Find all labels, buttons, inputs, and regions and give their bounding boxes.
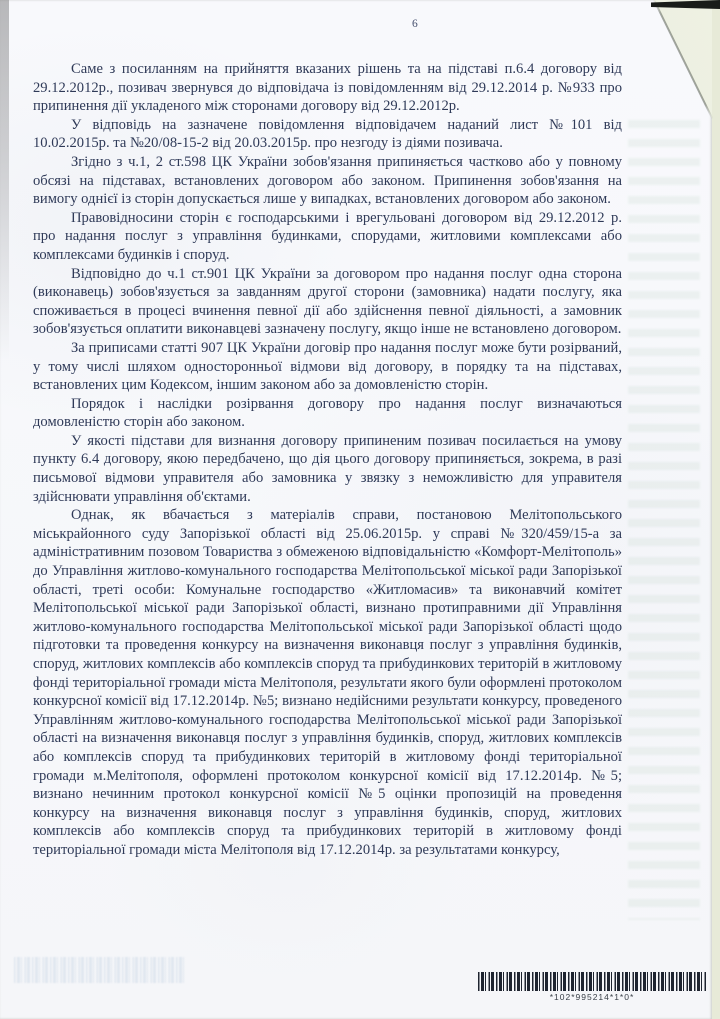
paragraph-art-598: Згідно з ч.1, 2 ст.598 ЦК України зобов'… xyxy=(33,153,622,209)
barcode-bars-icon xyxy=(478,972,706,991)
barcode-text: *102*995214*1*0* xyxy=(478,992,706,1002)
paragraph-legal-relations: Правовідносини сторін є господарськими і… xyxy=(33,209,622,265)
scan-edge-artifact-left xyxy=(0,0,9,360)
reverse-side-bleedthrough xyxy=(628,120,700,920)
paragraph-court-resolution: Однак, як вбачається з матеріалів справи… xyxy=(33,506,622,859)
paragraph-termination-order: Порядок і наслідки розірвання договору п… xyxy=(33,395,622,432)
document-body: Саме з посиланням на прийняття вказаних … xyxy=(33,60,622,860)
paragraph-clause-6-4: У якості підстави для визнання договору … xyxy=(33,432,622,506)
page-number: 6 xyxy=(412,18,418,30)
paragraph-reply-letters: У відповідь на зазначене повідомлення ві… xyxy=(33,116,622,153)
barcode: *102*995214*1*0* xyxy=(478,972,706,1002)
barcode-bleedthrough xyxy=(14,957,186,983)
paragraph-art-901: Відповідно до ч.1 ст.901 ЦК України за д… xyxy=(33,265,622,339)
folded-corner xyxy=(654,0,712,118)
paragraph-notice-of-termination: Саме з посиланням на прийняття вказаних … xyxy=(33,60,622,116)
paragraph-art-907: За приписами статті 907 ЦК України догов… xyxy=(33,339,622,395)
document-sheet: 6 Саме з посиланням на прийняття вказани… xyxy=(0,0,712,1019)
